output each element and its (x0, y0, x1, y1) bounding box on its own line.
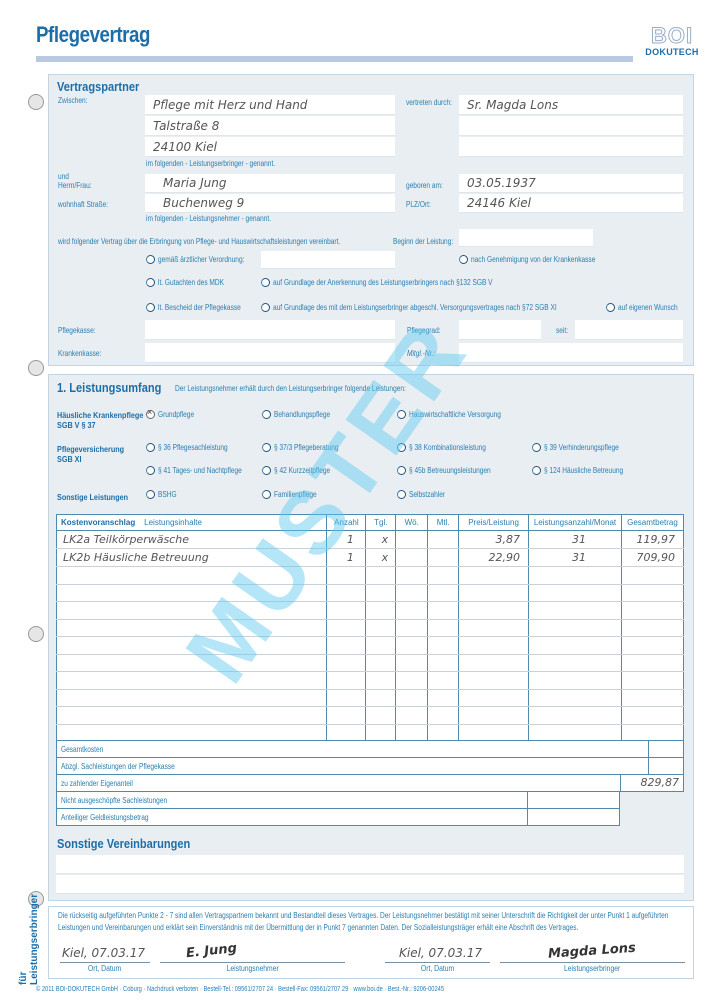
table-cell[interactable]: x (366, 549, 396, 567)
option-42[interactable]: § 42 Kurzzeitpflege (262, 466, 343, 475)
table-cell[interactable] (621, 654, 683, 672)
group-pflegeversicherung-label: Pflegeversicherung SGB XI (57, 444, 124, 464)
kostenvoranschlag-title: Kostenvoranschlag (61, 518, 135, 527)
radio-icon[interactable] (146, 466, 155, 475)
option-124[interactable]: § 124 Häusliche Betreuung (532, 466, 641, 475)
col-anzahl: Anzahl (327, 515, 366, 531)
radio-icon[interactable] (262, 466, 271, 475)
place-date-2[interactable]: Kiel, 07.03.17 (395, 945, 482, 962)
provider-street-field[interactable]: Talstraße 8 (145, 116, 395, 136)
table-cell[interactable] (327, 602, 366, 620)
option-aerztlich[interactable]: gemäß ärztlicher Verordnung: (146, 255, 263, 264)
col-anzahl-monat: Leistungsanzahl/Monat (529, 515, 622, 531)
table-cell[interactable] (428, 689, 459, 707)
punch-hole-icon (28, 94, 44, 110)
table-cell[interactable] (459, 672, 529, 690)
radio-icon[interactable] (262, 443, 271, 452)
table-row (57, 584, 684, 602)
table-cell[interactable] (459, 637, 529, 655)
table-cell[interactable] (621, 672, 683, 690)
table-cell[interactable] (327, 567, 366, 585)
table-cell[interactable] (57, 584, 327, 602)
plz-field[interactable]: 24146 Kiel (459, 194, 683, 213)
table-cell[interactable] (366, 672, 396, 690)
table-cell[interactable] (428, 549, 459, 567)
option-45b[interactable]: § 45b Betreuungsleistungen (397, 466, 509, 475)
provider-name-field[interactable]: Pflege mit Herz und Hand (145, 95, 395, 115)
vertreten-field-2[interactable] (459, 116, 683, 136)
radio-icon[interactable] (146, 255, 155, 264)
sonstige-line-2[interactable] (56, 875, 684, 894)
seit-field[interactable] (575, 320, 683, 340)
table-cell[interactable] (366, 584, 396, 602)
place-date-2-label: Ort, Datum (385, 962, 490, 973)
table-cell[interactable] (57, 619, 327, 637)
geboren-field[interactable]: 03.05.1937 (459, 174, 683, 193)
table-cell[interactable] (428, 672, 459, 690)
summary-geldleistung-value[interactable] (527, 808, 620, 826)
option-mdk[interactable]: lt. Gutachten des MDK (146, 278, 238, 287)
sonstige-line-1[interactable] (56, 855, 684, 874)
summary-eigenanteil: zu zahlender Eigenanteil (56, 774, 649, 792)
table-cell[interactable] (327, 619, 366, 637)
table-cell[interactable] (57, 602, 327, 620)
pflegekasse-label: Pflegekasse: (58, 326, 96, 335)
table-cell[interactable] (459, 654, 529, 672)
table-cell[interactable]: 22,90 (459, 549, 529, 567)
side-label: für Leistungserbringer (18, 880, 40, 985)
punch-hole-icon (28, 626, 44, 642)
table-cell[interactable] (428, 707, 459, 725)
table-cell[interactable] (529, 567, 622, 585)
summary-gesamtkosten-value[interactable] (649, 740, 684, 758)
radio-icon[interactable] (397, 490, 406, 499)
table-cell[interactable] (327, 724, 366, 742)
table-cell[interactable] (428, 724, 459, 742)
summary-nicht-ausgeschoepft-value[interactable] (527, 791, 620, 809)
table-cell[interactable] (529, 637, 622, 655)
group-sonstige-label: Sonstige Leistungen (57, 492, 128, 502)
radio-icon[interactable] (262, 410, 271, 419)
option-grundpflege[interactable]: Grundpflege (146, 410, 202, 419)
option-38[interactable]: § 38 Kombinationsleistung (397, 443, 503, 452)
table-cell[interactable] (621, 567, 683, 585)
table-cell[interactable] (529, 602, 622, 620)
table-cell[interactable] (428, 567, 459, 585)
table-row (57, 724, 684, 742)
signature-2-label: Leistungserbringer (500, 962, 685, 973)
provider-note: im folgenden - Leistungserbringer - gena… (146, 159, 275, 168)
table-row (57, 602, 684, 620)
col-preis: Preis/Leistung (459, 515, 529, 531)
table-cell[interactable] (621, 707, 683, 725)
option-genehmigung[interactable]: nach Genehmigung von der Krankenkasse (459, 255, 623, 264)
punch-hole-icon (28, 360, 44, 376)
table-cell[interactable] (529, 689, 622, 707)
table-cell[interactable]: 31 (529, 531, 622, 549)
table-cell[interactable]: x (366, 531, 396, 549)
beginn-label: Beginn der Leistung: (393, 237, 453, 246)
table-row (57, 654, 684, 672)
pflegegrad-field[interactable] (459, 320, 541, 340)
table-cell[interactable] (366, 637, 396, 655)
table-cell[interactable] (459, 724, 529, 742)
table-cell[interactable] (366, 689, 396, 707)
col-tgl: Tgl. (366, 515, 396, 531)
table-cell[interactable]: 119,97 (621, 531, 683, 549)
table-cell[interactable] (529, 672, 622, 690)
table-cell[interactable]: LK2a Teilkörperwäsche (57, 531, 327, 549)
radio-icon[interactable] (146, 303, 155, 312)
table-cell[interactable] (621, 689, 683, 707)
table-cell[interactable] (428, 602, 459, 620)
vertragspartner-heading: Vertragspartner (57, 79, 139, 94)
table-cell[interactable] (366, 707, 396, 725)
place-date-1-label: Ort, Datum (60, 962, 150, 973)
table-row: LK2b Häusliche Betreuung1x22,9031709,90 (57, 549, 684, 567)
table-cell[interactable] (57, 707, 327, 725)
option-wunsch[interactable]: auf eigenen Wunsch (606, 303, 691, 312)
table-cell[interactable] (459, 707, 529, 725)
table-cell[interactable] (459, 689, 529, 707)
option-versorgungsvertrag[interactable]: auf Grundlage des mit dem Leistungserbri… (261, 303, 619, 312)
table-cell[interactable] (428, 637, 459, 655)
kostenvoranschlag-table: Kostenvoranschlag Leistungsinhalte Anzah… (56, 514, 684, 742)
table-cell[interactable] (396, 549, 428, 567)
contract-sentence: wird folgender Vertrag über die Erbringu… (58, 237, 340, 246)
table-cell[interactable] (366, 567, 396, 585)
table-cell[interactable] (529, 619, 622, 637)
table-cell[interactable] (621, 724, 683, 742)
mitgl-field[interactable] (459, 343, 683, 363)
table-cell[interactable] (57, 654, 327, 672)
table-row (57, 707, 684, 725)
statement-text: Die rückseitig aufgeführten Punkte 2 - 7… (58, 910, 698, 934)
radio-icon[interactable] (262, 490, 271, 499)
table-cell[interactable] (327, 654, 366, 672)
table-cell[interactable] (57, 637, 327, 655)
table-cell[interactable] (428, 619, 459, 637)
leistungsumfang-intro: Der Leistungsnehmer erhält durch den Lei… (175, 384, 406, 393)
vertreten-label: vertreten durch: (406, 98, 452, 107)
radio-icon[interactable] (459, 255, 468, 264)
table-cell[interactable]: 31 (529, 549, 622, 567)
option-36[interactable]: § 36 Pflegesachleistung (146, 443, 243, 452)
radio-icon[interactable] (397, 466, 406, 475)
plz-label: PLZ/Ort: (406, 200, 431, 209)
provider-city-field[interactable]: 24100 Kiel (145, 137, 395, 157)
table-cell[interactable] (396, 654, 428, 672)
table-cell[interactable] (57, 724, 327, 742)
table-row (57, 567, 684, 585)
herr-frau-label: Herrn/Frau: (58, 181, 92, 190)
option-selbstzahler[interactable]: Selbstzahler (397, 490, 453, 499)
table-cell[interactable] (529, 584, 622, 602)
title-underline (36, 56, 633, 62)
col-woe: Wö. (396, 515, 428, 531)
boi-logo: BOI DOKUTECH (640, 25, 704, 57)
krankenkasse-field[interactable] (145, 343, 395, 363)
table-cell[interactable] (396, 637, 428, 655)
col-gesamtbetrag: Gesamtbetrag (621, 515, 683, 531)
table-cell[interactable] (396, 567, 428, 585)
table-cell[interactable] (396, 602, 428, 620)
summary-eigenanteil-value[interactable]: 829,87 (620, 774, 684, 792)
table-cell[interactable] (396, 672, 428, 690)
radio-icon[interactable] (397, 443, 406, 452)
option-bshg[interactable]: BSHG (146, 490, 181, 499)
radio-icon[interactable] (397, 410, 406, 419)
option-37-3[interactable]: § 37/3 Pflegeberatung (262, 443, 353, 452)
radio-icon[interactable] (532, 466, 541, 475)
table-cell[interactable] (327, 637, 366, 655)
radio-icon[interactable] (261, 303, 270, 312)
table-cell[interactable] (529, 707, 622, 725)
table-row: LK2a Teilkörperwäsche1x3,8731119,97 (57, 531, 684, 549)
table-cell[interactable] (529, 654, 622, 672)
client-name-field[interactable]: Maria Jung (145, 174, 395, 193)
table-cell[interactable] (327, 689, 366, 707)
col-leistungsinhalte: Kostenvoranschlag Leistungsinhalte (57, 515, 327, 531)
table-row (57, 672, 684, 690)
option-39[interactable]: § 39 Verhinderungspflege (532, 443, 635, 452)
zwischen-label: Zwischen: (58, 96, 88, 105)
pflegegrad-label: Pflegegrad: (407, 326, 441, 335)
seit-label: seit: (556, 326, 568, 335)
table-cell[interactable] (57, 672, 327, 690)
radio-icon[interactable] (146, 278, 155, 287)
table-cell[interactable] (366, 602, 396, 620)
group-krankenpflege-label: Häusliche Krankenpflege SGB V § 37 (57, 410, 143, 430)
beginn-field[interactable] (459, 229, 593, 247)
summary-geldleistung: Anteiliger Geldleistungsbetrag (56, 808, 528, 826)
page-title: Pflegevertrag (36, 22, 150, 48)
table-cell[interactable] (327, 584, 366, 602)
sonstige-heading: Sonstige Vereinbarungen (57, 836, 190, 851)
table-cell[interactable] (428, 531, 459, 549)
vertreten-field-3[interactable] (459, 137, 683, 157)
geboren-label: geboren am: (406, 181, 443, 190)
table-cell[interactable] (621, 637, 683, 655)
und-label: und (58, 172, 69, 181)
col-mtl: Mtl. (428, 515, 459, 531)
option-anerkennung[interactable]: auf Grundlage der Anerkennung des Leistu… (261, 278, 541, 287)
option-behandlungspflege[interactable]: Behandlungspflege (262, 410, 343, 419)
mitgl-label: Mitgl.-Nr.: (407, 349, 435, 358)
table-cell[interactable] (529, 724, 622, 742)
option-bescheid[interactable]: lt. Bescheid der Pflegekasse (146, 303, 259, 312)
table-cell[interactable] (396, 724, 428, 742)
radio-icon[interactable] (261, 278, 270, 287)
table-cell[interactable]: 709,90 (621, 549, 683, 567)
logo-name: DOKUTECH (640, 47, 704, 57)
place-date-1[interactable]: Kiel, 07.03.17 (58, 945, 145, 962)
aerztlich-field[interactable] (261, 251, 395, 269)
table-cell[interactable] (366, 619, 396, 637)
radio-checked-icon[interactable] (146, 410, 155, 419)
table-cell[interactable] (396, 619, 428, 637)
client-note: im folgenden - Leistungsnehmer - genannt… (146, 214, 271, 223)
table-cell[interactable] (366, 724, 396, 742)
table-cell[interactable] (396, 689, 428, 707)
table-cell[interactable] (621, 602, 683, 620)
table-cell[interactable] (396, 584, 428, 602)
table-cell[interactable] (621, 584, 683, 602)
leistungsumfang-heading: 1. Leistungsumfang (57, 380, 161, 395)
table-cell[interactable] (459, 584, 529, 602)
signature-1-label: Leistungsnehmer (160, 962, 345, 973)
radio-icon[interactable] (532, 443, 541, 452)
logo-mark: BOI (640, 25, 704, 47)
table-cell[interactable]: 3,87 (459, 531, 529, 549)
table-cell[interactable] (459, 567, 529, 585)
table-cell[interactable] (327, 672, 366, 690)
table-row (57, 637, 684, 655)
table-cell[interactable] (621, 619, 683, 637)
table-row (57, 689, 684, 707)
radio-icon[interactable] (146, 443, 155, 452)
footer-text: © 2011 BOI-DOKUTECH GmbH · Coburg · Nach… (36, 986, 534, 993)
summary-abzgl: Abzgl. Sachleistungen der Pflegekasse (56, 757, 649, 775)
table-cell[interactable] (428, 584, 459, 602)
table-cell[interactable] (459, 602, 529, 620)
krankenkasse-label: Krankenkasse: (58, 349, 101, 358)
option-hauswirtschaft[interactable]: Hauswirtschaftliche Versorgung (397, 410, 521, 419)
summary-gesamtkosten: Gesamtkosten (56, 740, 649, 758)
table-cell[interactable] (57, 689, 327, 707)
table-cell[interactable] (396, 531, 428, 549)
summary-nicht-ausgeschoepft: Nicht ausgeschöpfte Sachleistungen (56, 791, 528, 809)
table-cell[interactable] (459, 619, 529, 637)
table-cell[interactable] (327, 707, 366, 725)
table-row (57, 619, 684, 637)
table-cell[interactable] (57, 567, 327, 585)
option-41[interactable]: § 41 Tages- und Nachtpflege (146, 466, 260, 475)
radio-icon[interactable] (146, 490, 155, 499)
strasse-label: wohnhaft Straße: (58, 200, 108, 209)
table-cell[interactable]: LK2b Häusliche Betreuung (57, 549, 327, 567)
table-cell[interactable]: 1 (327, 549, 366, 567)
pflegekasse-field[interactable] (145, 320, 395, 340)
vertreten-field-1[interactable]: Sr. Magda Lons (459, 95, 683, 115)
table-cell[interactable] (396, 707, 428, 725)
client-street-field[interactable]: Buchenweg 9 (145, 194, 395, 213)
table-cell[interactable] (428, 654, 459, 672)
summary-abzgl-value[interactable] (649, 757, 684, 775)
table-header: Kostenvoranschlag Leistungsinhalte Anzah… (57, 515, 684, 531)
option-familienpflege[interactable]: Familienpflege (262, 490, 326, 499)
radio-icon[interactable] (606, 303, 615, 312)
table-cell[interactable]: 1 (327, 531, 366, 549)
table-cell[interactable] (366, 654, 396, 672)
